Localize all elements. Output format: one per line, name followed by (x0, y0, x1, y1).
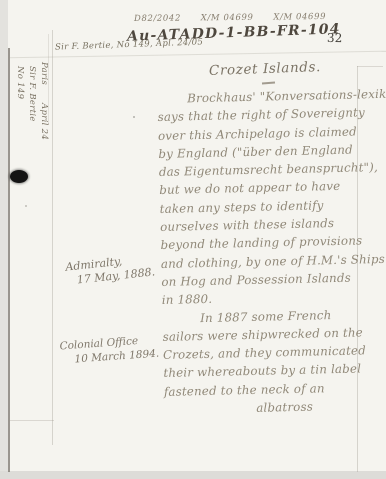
handwritten-line: Paris April 24 (38, 62, 50, 172)
scanned-document-page: D82/2042 X/M 04699 X/M 04699 Au-ATADD-1-… (0, 0, 386, 479)
horizontal-crease-right-top (357, 66, 383, 67)
margin-docket: Paris April 24Sir F. BertieNo 149 (12, 62, 50, 172)
handwritten-line: Sir F. Bertie (26, 62, 38, 172)
handwritten-line: No 149 (14, 62, 26, 172)
page-number: 32 (327, 31, 343, 45)
body-text: Brockhaus' "Konversations-lexikon"says t… (157, 85, 386, 419)
horizontal-crease-bottom-left (8, 420, 54, 421)
document-title: Crozet Islands. (209, 59, 321, 79)
margin-note-colonial-office: Colonial Office10 March 1894. (59, 333, 159, 368)
margin-docket-rotated-text: Paris April 24Sir F. BertieNo 149 (12, 62, 50, 172)
margin-note-admiralty: Admiralty,17 May, 1888. (65, 251, 156, 288)
title-underline-dash (262, 82, 275, 85)
paper-speck (25, 205, 27, 207)
scan-left-edge (0, 0, 8, 479)
paper-speck (133, 116, 135, 118)
page-left-edge-line (8, 48, 10, 472)
scan-bottom-edge (0, 471, 386, 479)
addressee-line: Sir F. Bertie, No 149, Apl. 24/05 (55, 37, 203, 52)
vertical-fold-crease-left (52, 30, 53, 445)
